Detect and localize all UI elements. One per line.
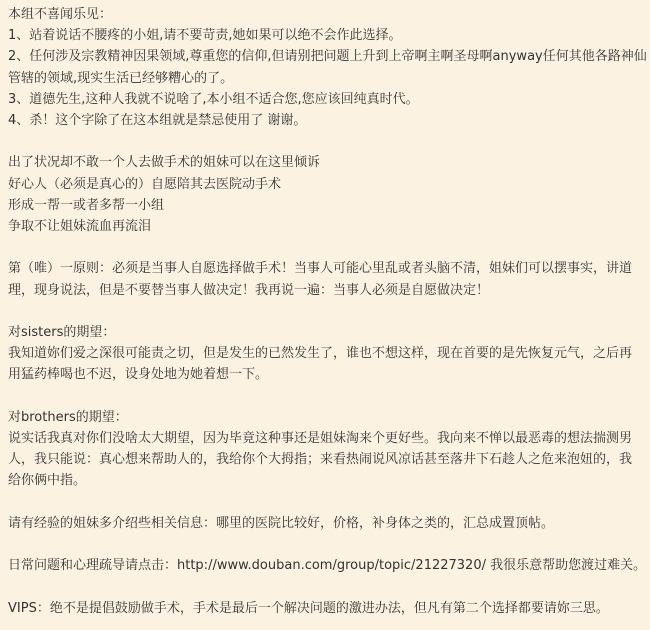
group-purpose-line: 形成一帮一或者多帮一小组 [8,195,642,216]
sisters-expectation-line: 用猛药棒喝也不迟，设身处地为她着想一下。 [8,364,642,385]
group-purpose-line: 争取不让姐妹流血再流泪 [8,216,642,237]
group-dislikes-line: 2、任何涉及宗教精神因果领域,尊重您的信仰,但请别把问题上升到上帝啊主啊圣母啊a… [8,46,642,67]
sisters-expectation-line: 我知道妳们爱之深很可能责之切，但是发生的已然发生了，谁也不想这样，现在首要的是先… [8,343,642,364]
daily-help-link-line: 日常问题和心理疏导请点击：http://www.douban.com/group… [8,555,642,576]
group-dislikes: 本组不喜闻乐见：1、站着说话不腰疼的小姐,请不要苛责,她如果可以绝不会作此选择。… [8,4,642,131]
brothers-expectation-line: 对brothers的期望： [8,407,642,428]
group-dislikes-line: 管辖的领域,现实生活已经够糟心的了。 [8,68,642,89]
brothers-expectation-line: 说实话我真对你们没啥太大期望，因为毕竟这种事还是姐妹淘来个更好些。我向来不惮以最… [8,428,642,449]
only-principle: 第（唯）一原则：必须是当事人自愿选择做手术！当事人可能心里乱或者头脑不清，姐妹们… [8,258,642,300]
group-dislikes-line: 1、站着说话不腰疼的小姐,请不要苛责,她如果可以绝不会作此选择。 [8,25,642,46]
experience-info-request: 请有经验的姐妹多介绍些相关信息：哪里的医院比较好，价格，补身体之类的，汇总成置顶… [8,513,642,534]
group-dislikes-line: 4、杀！这个字除了在这本组就是禁忌使用了 谢谢。 [8,110,642,131]
group-purpose-line: 出了状况却不敢一个人去做手术的姐妹可以在这里倾诉 [8,152,642,173]
sisters-expectation-line: 对sisters的期望： [8,322,642,343]
group-purpose: 出了状况却不敢一个人去做手术的姐妹可以在这里倾诉好心人（必须是真心的）自愿陪其去… [8,152,642,237]
group-dislikes-line: 本组不喜闻乐见： [8,4,642,25]
group-purpose-line: 好心人（必须是真心的）自愿陪其去医院动手术 [8,174,642,195]
brothers-expectation-line: 给你俩中指。 [8,470,642,491]
daily-help-link: 日常问题和心理疏导请点击：http://www.douban.com/group… [8,555,642,576]
brothers-expectation: 对brothers的期望：说实话我真对你们没啥太大期望，因为毕竟这种事还是姐妹淘… [8,407,642,492]
only-principle-line: 第（唯）一原则：必须是当事人自愿选择做手术！当事人可能心里乱或者头脑不清，姐妹们… [8,258,642,279]
vips-reminder: VIPS：绝不是提倡鼓励做手术，手术是最后一个解决问题的激进办法，但凡有第二个选… [8,598,642,619]
group-dislikes-line: 3、道德先生,这种人我就不说啥了,本小组不适合您,您应该回纯真时代。 [8,89,642,110]
only-principle-line: 理，现身说法，但是不要替当事人做决定！我再说一遍：当事人必须是自愿做决定！ [8,280,642,301]
vips-reminder-line: VIPS：绝不是提倡鼓励做手术，手术是最后一个解决问题的激进办法，但凡有第二个选… [8,598,642,619]
brothers-expectation-line: 人，我只能说：真心想来帮助人的，我给你个大拇指；来看热闹说风凉话甚至落井下石趁人… [8,449,642,470]
sisters-expectation: 对sisters的期望：我知道妳们爱之深很可能责之切，但是发生的已然发生了，谁也… [8,322,642,386]
announcement-document: 本组不喜闻乐见：1、站着说话不腰疼的小姐,请不要苛责,她如果可以绝不会作此选择。… [0,0,650,619]
experience-info-request-line: 请有经验的姐妹多介绍些相关信息：哪里的医院比较好，价格，补身体之类的，汇总成置顶… [8,513,642,534]
